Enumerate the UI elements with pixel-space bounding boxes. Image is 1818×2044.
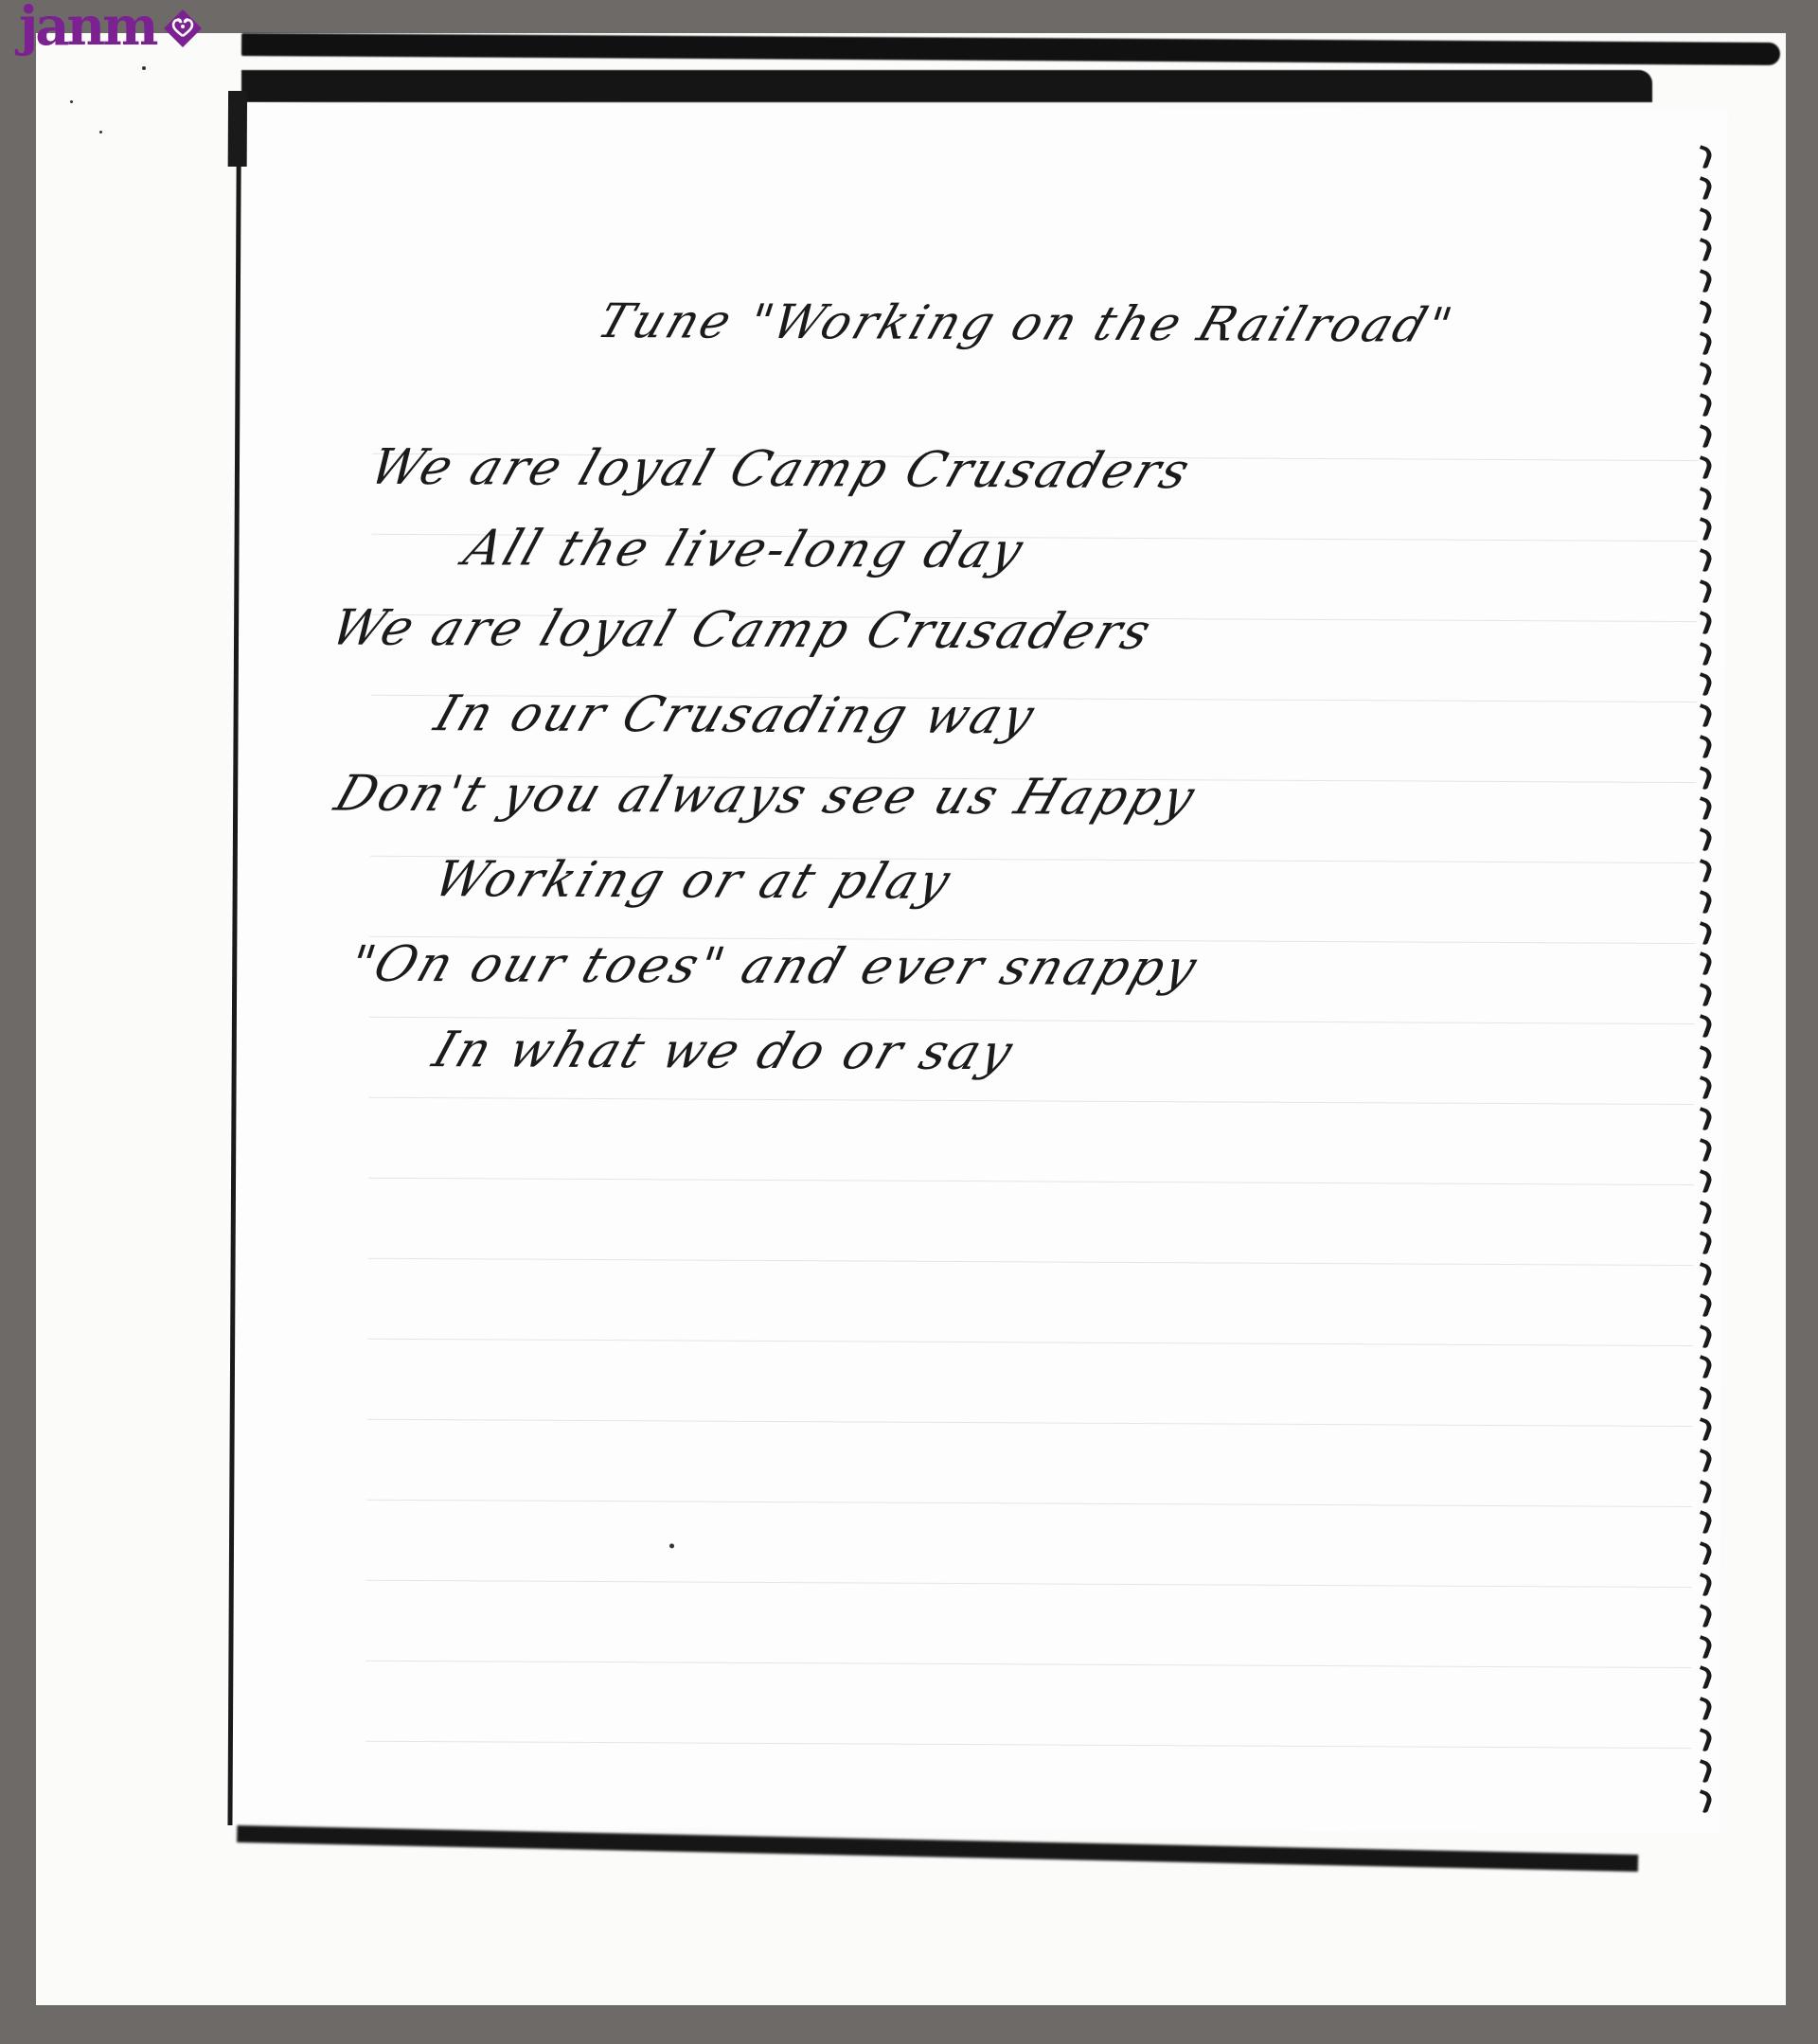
spiral-coil	[1694, 1480, 1715, 1504]
spiral-coil	[1694, 921, 1715, 946]
spiral-coil	[1694, 1200, 1715, 1225]
spiral-coil	[1694, 487, 1715, 511]
spiral-coil	[1694, 1510, 1715, 1535]
lyric-line-6: Working or at play	[427, 851, 960, 911]
spiral-coil	[1694, 1138, 1715, 1163]
spiral-coil	[1694, 951, 1715, 976]
lyric-line-5: Don't you always see us Happy	[328, 766, 1203, 827]
spiral-coil	[1694, 797, 1715, 822]
spiral-coil	[1694, 1728, 1715, 1752]
diamond-heart-emblem-icon	[162, 8, 204, 49]
spiral-coil	[1694, 1665, 1715, 1690]
spiral-coil	[1694, 1231, 1715, 1255]
spiral-coil	[1694, 1541, 1715, 1566]
spiral-coil	[1694, 1324, 1715, 1349]
spiral-coil	[1694, 363, 1715, 387]
spiral-coil	[1694, 1604, 1715, 1628]
lyric-line-3: We are loyal Camp Crusaders	[324, 600, 1160, 661]
dust-speck	[99, 131, 102, 133]
spiral-coil	[1694, 1759, 1715, 1784]
spiral-coil	[1694, 1386, 1715, 1411]
bottom-shadow-bar	[237, 1825, 1638, 1872]
spiral-coil	[1694, 1045, 1715, 1070]
lyric-line-8: In what we do or say	[426, 1022, 1022, 1081]
spiral-coil	[1694, 331, 1715, 356]
spiral-coil	[1694, 300, 1715, 325]
spiral-coil	[1694, 672, 1715, 697]
spiral-coil	[1694, 548, 1715, 573]
lyric-line-4: In our Crusading way	[428, 685, 1043, 745]
spiral-coil	[1694, 1790, 1715, 1815]
spiral-coil	[1694, 207, 1715, 232]
spiral-coil	[1694, 1107, 1715, 1131]
spiral-coil	[1694, 1076, 1715, 1101]
spiral-coil	[1694, 393, 1715, 418]
handwritten-lyrics: Tune "Working on the Railroad" We are lo…	[232, 102, 1728, 1833]
spiral-coil	[1694, 983, 1715, 1007]
photocopied-notebook-page: Tune "Working on the Railroad" We are lo…	[208, 38, 1780, 1875]
spiral-coil	[1694, 1169, 1715, 1194]
spiral-coil	[1694, 1449, 1715, 1473]
spiral-coil	[1694, 1293, 1715, 1318]
spiral-binding	[1697, 147, 1725, 1813]
spiral-coil	[1694, 1262, 1715, 1287]
spiral-coil	[1694, 735, 1715, 759]
spiral-coil	[1694, 611, 1715, 635]
tune-heading: Tune "Working on the Railroad"	[591, 293, 1461, 353]
spiral-coil	[1694, 1573, 1715, 1597]
spiral-coil	[1694, 579, 1715, 604]
spiral-coil	[1694, 424, 1715, 449]
spiral-coil	[1694, 1697, 1715, 1721]
dust-speck	[70, 100, 73, 103]
notebook-top-edge	[241, 70, 1652, 102]
spiral-coil	[1694, 517, 1715, 542]
lyric-line-7: "On our toes" and ever snappy	[341, 936, 1205, 998]
spiral-coil	[1694, 859, 1715, 883]
spiral-coil	[1694, 642, 1715, 667]
ink-speck	[669, 1543, 674, 1548]
spiral-coil	[1694, 1014, 1715, 1039]
logo-text: janm	[19, 0, 156, 53]
spiral-coil	[1694, 176, 1715, 201]
spiral-coil	[1694, 1417, 1715, 1442]
spiral-coil	[1694, 766, 1715, 791]
lyric-line-1: We are loyal Camp Crusaders	[363, 439, 1199, 500]
janm-logo: janm	[19, 6, 204, 62]
spiral-coil	[1694, 455, 1715, 480]
spiral-coil	[1694, 1635, 1715, 1660]
spiral-coil	[1694, 703, 1715, 728]
top-shadow-bar	[241, 33, 1780, 65]
lyric-line-2: All the live-long day	[457, 520, 1033, 579]
spiral-coil	[1694, 827, 1715, 852]
spiral-coil	[1694, 890, 1715, 915]
spiral-coil	[1694, 145, 1715, 169]
notebook-page: Tune "Working on the Railroad" We are lo…	[227, 102, 1728, 1833]
spiral-coil	[1694, 1356, 1715, 1380]
spiral-coil	[1694, 269, 1715, 293]
dust-speck	[142, 66, 146, 70]
spiral-coil	[1694, 238, 1715, 262]
